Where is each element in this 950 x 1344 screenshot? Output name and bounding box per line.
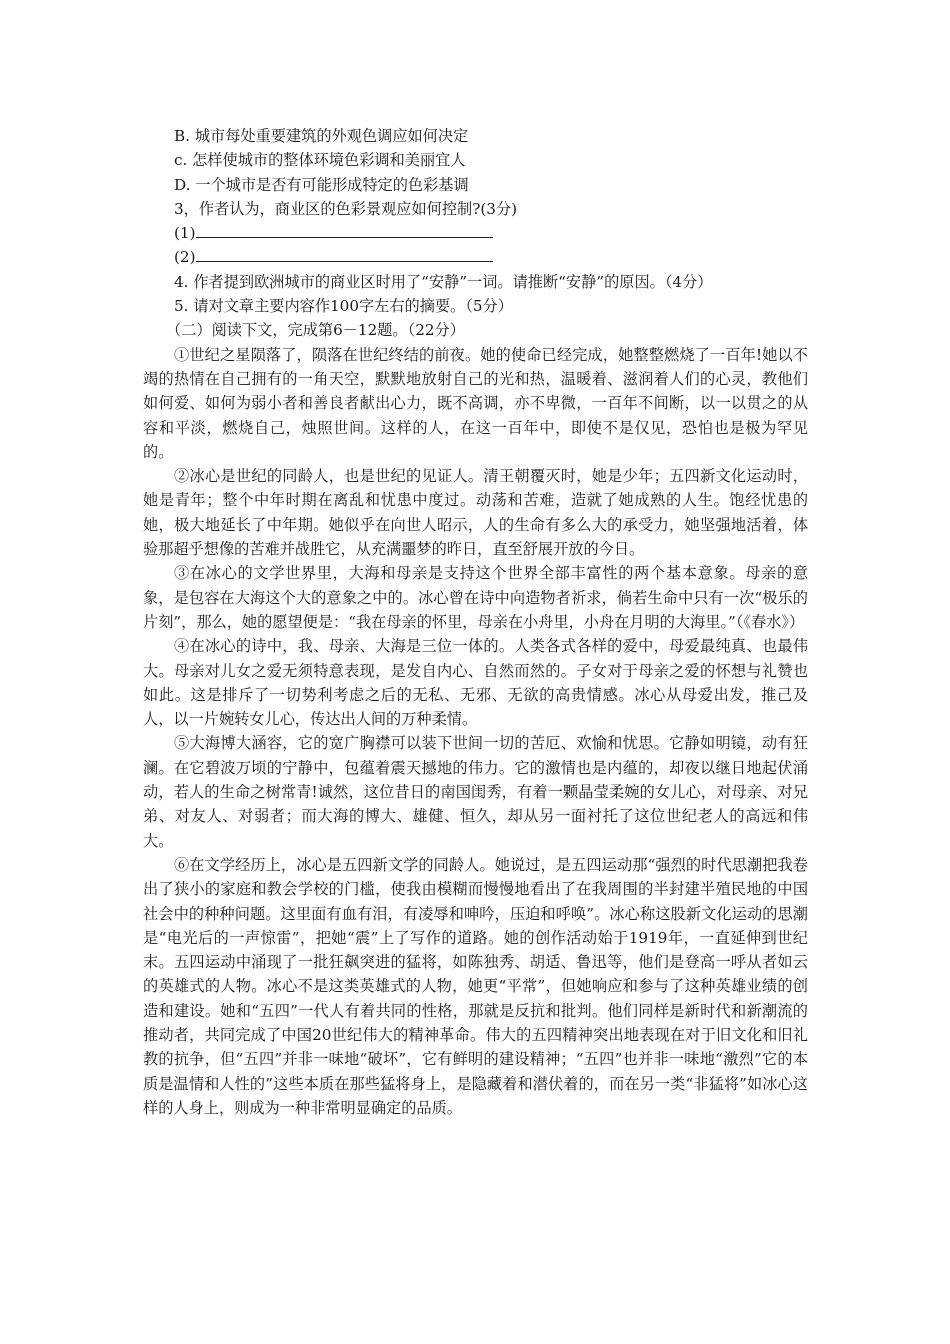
question-5: 5. 请对文章主要内容作100字左右的摘要。（5分） [143, 294, 808, 318]
blank-label-2: (2) [174, 248, 196, 266]
paragraph-1: ①世纪之星陨落了，陨落在世纪终结的前夜。她的使命已经完成，她整整燃烧了一百年!她… [143, 343, 808, 464]
blank-line-1[interactable] [196, 222, 493, 238]
paragraph-6: ⑥在文学经历上，冰心是五四新文学的同龄人。她说过，是五四运动那“强烈的时代思潮把… [143, 853, 808, 1120]
paragraph-3: ③在冰心的文学世界里，大海和母亲是支持这个世界全部丰富性的两个基本意象。母亲的意… [143, 561, 808, 634]
blank-line-2[interactable] [196, 246, 493, 262]
blank-label-1: (1) [174, 224, 196, 242]
option-c: c. 怎样使城市的整体环境色彩调和美丽宜人 [143, 148, 808, 172]
document-page: B. 城市每处重要建筑的外观色调应如何决定 c. 怎样使城市的整体环境色彩调和美… [143, 124, 808, 1120]
option-d: D. 一个城市是否有可能形成特定的色彩基调 [143, 173, 808, 197]
answer-blank-1[interactable]: (1) [143, 221, 808, 245]
answer-blank-2[interactable]: (2) [143, 245, 808, 269]
paragraph-5: ⑤大海博大涵容，它的宽广胸襟可以装下世间一切的苦厄、欢愉和忧思。它静如明镜，动有… [143, 731, 808, 852]
paragraph-2: ②冰心是世纪的同龄人，也是世纪的见证人。清王朝覆灭时，她是少年；五四新文化运动时… [143, 464, 808, 561]
question-3: 3，作者认为，商业区的色彩景观应如何控制?(3分) [143, 197, 808, 221]
paragraph-4: ④在冰心的诗中，我、母亲、大海是三位一体的。人类各式各样的爱中，母爱最纯真、也最… [143, 634, 808, 731]
option-b: B. 城市每处重要建筑的外观色调应如何决定 [143, 124, 808, 148]
question-4: 4. 作者提到欧洲城市的商业区时用了“安静”一词。请推断“安静”的原因。（4分） [143, 270, 808, 294]
section-heading: （二）阅读下文，完成第6－12题。（22分） [143, 318, 808, 342]
